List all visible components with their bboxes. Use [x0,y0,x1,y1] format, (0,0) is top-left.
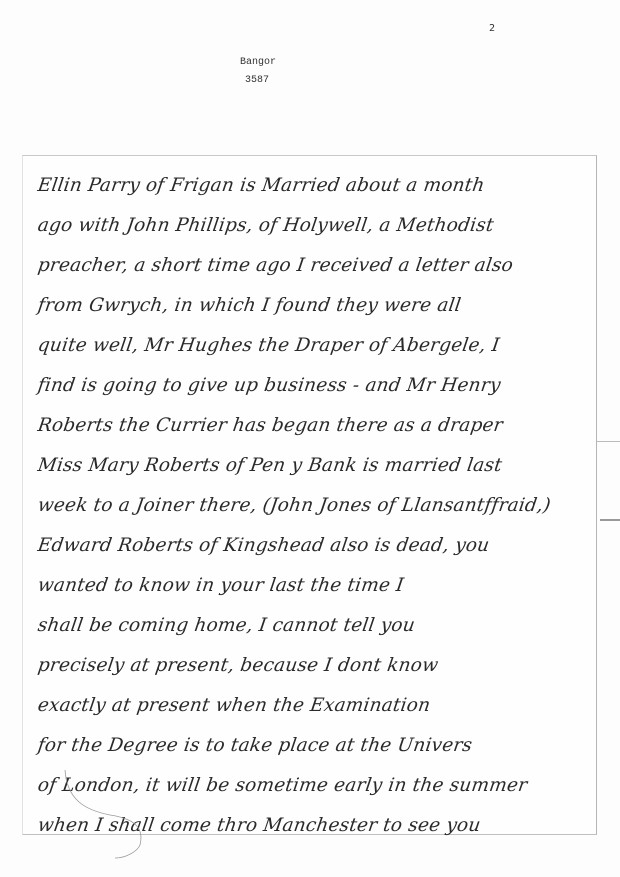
handwritten-line: exactly at present when the Examination [35,686,598,726]
handwritten-line: wanted to know in your last the time I [35,566,598,606]
handwritten-line: preacher, a short time ago I received a … [35,246,598,286]
handwritten-line: of London, it will be sometime early in … [35,766,598,806]
handwritten-line: Ellin Parry of Frigan is Married about a… [35,166,598,206]
handwritten-line: Roberts the Currier has began there as a… [35,406,598,446]
handwritten-line: ago with John Phillips, of Holywell, a M… [35,206,598,246]
handwritten-line: from Gwrych, in which I found they were … [35,286,598,326]
handwritten-text: Ellin Parry of Frigan is Married about a… [35,166,592,846]
handwritten-line: week to a Joiner there, (John Jones of L… [35,486,598,526]
page-number: 2 [489,23,495,34]
archive-name: Bangor [240,57,276,68]
handwritten-line: Edward Roberts of Kingshead also is dead… [35,526,598,566]
archive-number: 3587 [245,75,269,86]
letter-sheet: Ellin Parry of Frigan is Married about a… [22,155,597,835]
handwritten-line: find is going to give up business - and … [35,366,598,406]
margin-mark [600,519,620,521]
handwritten-line: quite well, Mr Hughes the Draper of Aber… [35,326,598,366]
margin-mark [597,441,620,442]
handwritten-line: precisely at present, because I dont kno… [35,646,598,686]
handwritten-line: when I shall come thro Manchester to see… [35,806,598,846]
handwritten-line: Miss Mary Roberts of Pen y Bank is marri… [35,446,598,486]
handwritten-line: shall be coming home, I cannot tell you [35,606,598,646]
handwritten-line: for the Degree is to take place at the U… [35,726,598,766]
